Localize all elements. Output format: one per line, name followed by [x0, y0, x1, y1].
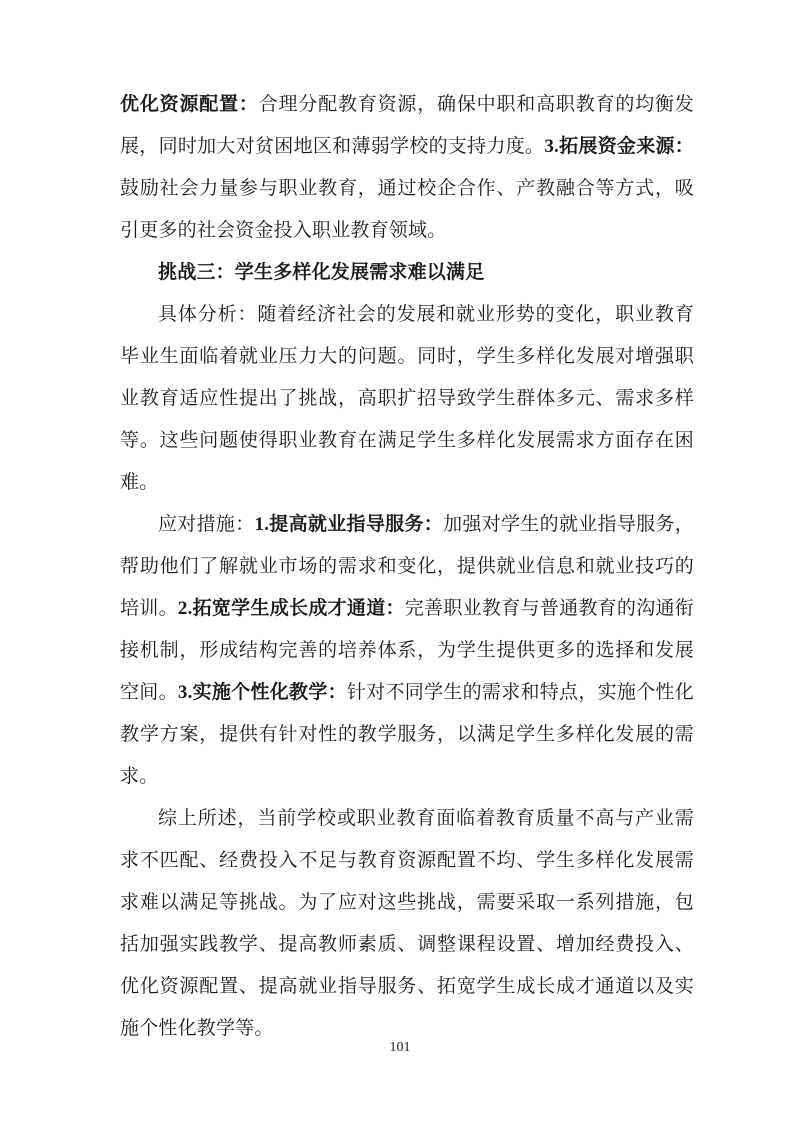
- page-number: 101: [390, 1040, 411, 1055]
- run-bold-label: 2.拓宽学生成长成才通道：: [178, 598, 405, 619]
- heading-challenge-three: 挑战三：学生多样化发展需求难以满足: [120, 252, 694, 294]
- heading-text: 挑战三：学生多样化发展需求难以满足: [158, 262, 484, 283]
- run-bold-label: 优化资源配置：: [120, 94, 259, 115]
- run-bold-label: 3.实施个性化教学：: [178, 682, 347, 703]
- page-footer: 101: [0, 1040, 800, 1056]
- paragraph-analysis: 具体分析：随着经济社会的发展和就业形势的变化，职业教育毕业生面临着就业压力大的问…: [120, 294, 694, 504]
- run-bold-label: 3.拓展资金来源：: [544, 136, 694, 157]
- paragraph-summary: 综上所述，当前学校或职业教育面临着教育质量不高与产业需求不匹配、经费投入不足与教…: [120, 798, 694, 1050]
- run-bold-label: 1.提高就业指导服务：: [255, 514, 444, 535]
- paragraph-resource-allocation: 优化资源配置：合理分配教育资源，确保中职和高职教育的均衡发展，同时加大对贫困地区…: [120, 84, 694, 252]
- run-text: 综上所述，当前学校或职业教育面临着教育质量不高与产业需求不匹配、经费投入不足与教…: [120, 808, 694, 1039]
- run-text: 具体分析：随着经济社会的发展和就业形势的变化，职业教育毕业生面临着就业压力大的问…: [120, 304, 694, 493]
- run-text: 鼓励社会力量参与职业教育，通过校企合作、产教融合等方式，吸引更多的社会资金投入职…: [120, 178, 694, 241]
- document-body: 优化资源配置：合理分配教育资源，确保中职和高职教育的均衡发展，同时加大对贫困地区…: [120, 84, 694, 1050]
- paragraph-measures: 应对措施：1.提高就业指导服务：加强对学生的就业指导服务，帮助他们了解就业市场的…: [120, 504, 694, 798]
- document-page: 优化资源配置：合理分配教育资源，确保中职和高职教育的均衡发展，同时加大对贫困地区…: [0, 0, 800, 1131]
- run-text: 应对措施：: [158, 514, 255, 535]
